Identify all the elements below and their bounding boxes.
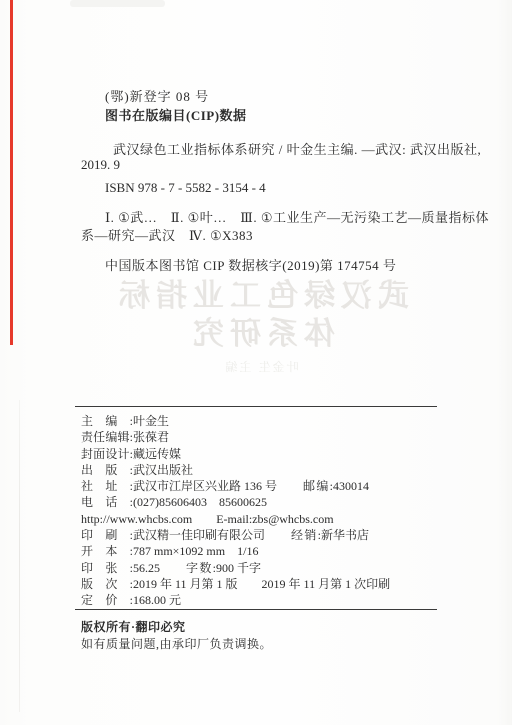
imprint-value: 2019 年 11 月第 1 版 2019 年 11 月第 1 次印刷 <box>133 576 390 592</box>
ghost-title-line2: 体系研究 <box>40 308 482 353</box>
imprint-label: 主编 <box>81 413 133 429</box>
imprint-col2: 经销新华书店 <box>291 527 369 543</box>
imprint-value: 武汉精一佳印刷有限公司 <box>133 527 265 543</box>
imprint-label2: 字数 <box>186 560 216 576</box>
page-crease <box>19 400 20 712</box>
imprint-label: 电话 <box>81 494 133 510</box>
imprint-value2: 新华书店 <box>321 527 369 543</box>
imprint-label: 开本 <box>81 543 133 559</box>
cip-entry-line1: 武汉绿色工业指标体系研究 / 叶金生主编. —武汉: 武汉出版社, <box>113 139 481 158</box>
imprint-block: 主编叶金生责任编辑张葆君封面设计藏远传媒出版武汉出版社社址武汉市江岸区兴业路 1… <box>81 413 461 609</box>
imprint-label: 社址 <box>81 478 133 494</box>
copyright-notice: 版权所有·翻印必究 <box>81 618 186 635</box>
imprint-row: 版次2019 年 11 月第 1 版 2019 年 11 月第 1 次印刷 <box>81 576 461 592</box>
imprint-row: 封面设计藏远传媒 <box>81 446 461 462</box>
imprint-value: 武汉市江岸区兴业路 136 号 <box>133 478 277 494</box>
imprint-value: 787 mm×1092 mm 1/16 <box>133 543 258 559</box>
imprint-value: 藏远传媒 <box>133 446 181 462</box>
imprint-label: 出版 <box>81 462 133 478</box>
imprint-value: 56.25 <box>133 560 160 576</box>
isbn-number: ISBN 978 - 7 - 5582 - 3154 - 4 <box>105 180 266 196</box>
imprint-value: 张葆君 <box>133 429 169 445</box>
classification-line2: 系—研究—武汉 Ⅳ. ①X383 <box>81 225 253 244</box>
divider-bottom <box>75 609 437 610</box>
imprint-col2: 邮编430014 <box>303 478 369 494</box>
imprint-row: 定价168.00 元 <box>81 592 461 608</box>
imprint-label2: 经销 <box>291 527 321 543</box>
ghost-byline: 叶金生 主编 <box>40 358 482 375</box>
classification-line1: Ⅰ. ①武… Ⅱ. ①叶… Ⅲ. ①工业生产—无污染工艺—质量指标体 <box>105 207 489 226</box>
imprint-value: 武汉出版社 <box>133 462 193 478</box>
imprint-row: 开本787 mm×1092 mm 1/16 <box>81 543 461 559</box>
imprint-col2: 字数900 千字 <box>186 560 261 576</box>
copyright-page: (鄂)新登字 08 号 图书在版编目(CIP)数据 武汉绿色工业指标体系研究 /… <box>0 0 512 725</box>
imprint-value: (027)85606403 85600625 <box>133 494 267 510</box>
imprint-row: 社址武汉市江岸区兴业路 136 号邮编430014 <box>81 478 461 494</box>
imprint-label2: 邮编 <box>303 478 333 494</box>
cip-heading: 图书在版编目(CIP)数据 <box>105 105 247 124</box>
imprint-label: 封面设计 <box>81 446 133 462</box>
imprint-row: 印刷武汉精一佳印刷有限公司经销新华书店 <box>81 527 461 543</box>
imprint-value2: 430014 <box>333 478 369 494</box>
imprint-label: 定价 <box>81 592 133 608</box>
imprint-row: 印张56.25字数900 千字 <box>81 560 461 576</box>
imprint-label: 责任编辑 <box>81 429 133 445</box>
imprint-value: 168.00 元 <box>133 592 181 608</box>
imprint-value: 叶金生 <box>133 413 169 429</box>
imprint-row: 电话(027)85606403 85600625 <box>81 494 461 510</box>
quality-notice: 如有质量问题,由承印厂负责调换。 <box>81 635 272 652</box>
red-edge-mark <box>10 0 13 345</box>
imprint-row: http://www.whcbs.com E-mail:zbs@whcbs.co… <box>81 511 461 527</box>
imprint-label: 印刷 <box>81 527 133 543</box>
imprint-label: 版次 <box>81 576 133 592</box>
divider-top <box>75 406 437 407</box>
imprint-value2: 900 千字 <box>216 560 261 576</box>
imprint-row: 责任编辑张葆君 <box>81 429 461 445</box>
imprint-url-line: http://www.whcbs.com E-mail:zbs@whcbs.co… <box>81 511 334 527</box>
cip-entry-line2: 2019. 9 <box>81 157 120 173</box>
scan-smudge <box>70 0 165 7</box>
imprint-row: 主编叶金生 <box>81 413 461 429</box>
imprint-label: 印张 <box>81 560 133 576</box>
registration-number: (鄂)新登字 08 号 <box>105 86 209 105</box>
imprint-row: 出版武汉出版社 <box>81 462 461 478</box>
